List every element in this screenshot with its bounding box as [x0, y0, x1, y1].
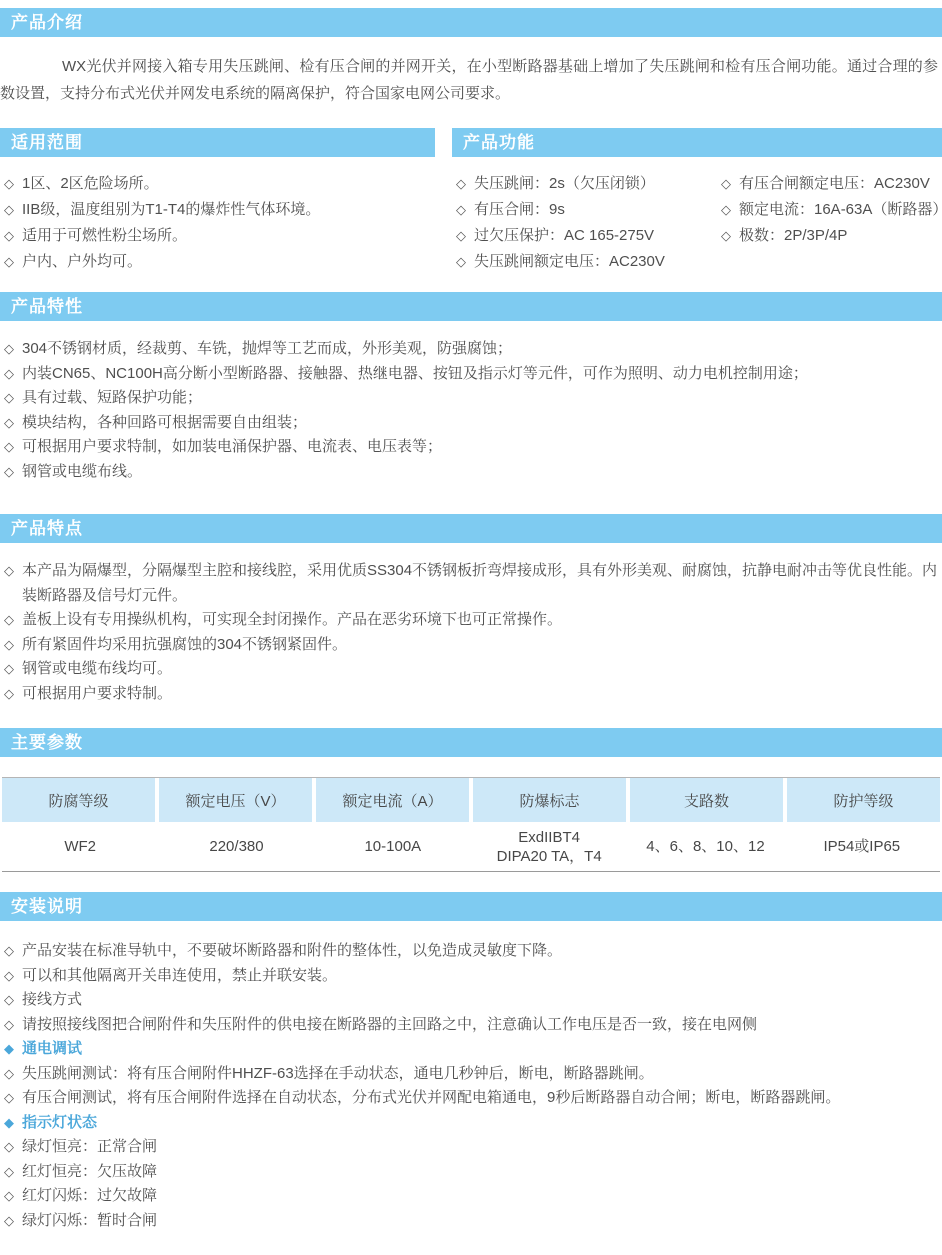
- functions-columns: ◇失压跳闸：2s（欠压闭锁）◇有压合闸：9s◇过欠压保护：AC 165-275V…: [452, 157, 942, 275]
- section-header-features: 产品特点: [0, 514, 942, 543]
- list-item-text: 盖板上设有专用操纵机构，可实现全封闭操作。产品在恶劣环境下也可正常操作。: [22, 611, 562, 628]
- list-item: ◇有压合闸额定电压：AC230V: [717, 171, 942, 197]
- diamond-bullet-icon: ◇: [456, 249, 466, 275]
- section-title: 产品介绍: [11, 13, 83, 32]
- list-item-text: IIB级，温度组别为T1-T4的爆炸性气体环境。: [22, 201, 320, 218]
- diamond-bullet-icon: ◇: [4, 657, 14, 682]
- list-item: ◇红灯恒亮：欠压故障: [0, 1160, 942, 1185]
- list-item: ◇失压跳闸：2s（欠压闭锁）: [452, 171, 717, 197]
- list-item-text: 红灯恒亮：欠压故障: [22, 1163, 157, 1180]
- diamond-bullet-icon: ◇: [4, 1209, 14, 1234]
- list-item: ◇有压合闸测试，将有压合闸附件选择在自动状态，分布式光伏并网配电箱通电，9秒后断…: [0, 1086, 942, 1111]
- list-item-text: 指示灯状态: [22, 1114, 97, 1131]
- scope-list: ◇1区、2区危险场所。◇IIB级，温度组别为T1-T4的爆炸性气体环境。◇适用于…: [0, 171, 435, 275]
- functions-list-1: ◇失压跳闸：2s（欠压闭锁）◇有压合闸：9s◇过欠压保护：AC 165-275V…: [452, 171, 717, 275]
- list-item: ◇有压合闸：9s: [452, 197, 717, 223]
- list-item: ◇适用于可燃性粉尘场所。: [0, 223, 435, 249]
- intro-paragraph: WX光伏并网接入箱专用失压跳闸、检有压合闸的并网开关，在小型断路器基础上增加了失…: [0, 53, 938, 107]
- list-item-text: 本产品为隔爆型，分隔爆型主腔和接线腔，采用优质SS304不锈钢板折弯焊接成形，具…: [22, 562, 937, 604]
- list-item-text: 绿灯闪烁：暂时合闸: [22, 1212, 157, 1229]
- list-item: ◇绿灯闪烁：暂时合闸: [0, 1209, 942, 1234]
- section-header-functions: 产品功能: [452, 128, 942, 157]
- list-item: ◇内装CN65、NC100H高分断小型断路器、接触器、热继电器、按钮及指示灯等元…: [0, 362, 942, 387]
- diamond-bullet-icon: ◇: [456, 171, 466, 197]
- list-item: ◇本产品为隔爆型，分隔爆型主腔和接线腔，采用优质SS304不锈钢板折弯焊接成形，…: [0, 559, 942, 608]
- list-item-text: 失压跳闸测试：将有压合闸附件HHZF-63选择在手动状态，通电几秒钟后，断电，断…: [22, 1065, 654, 1082]
- param-table-data-row: WF2220/38010-100AExdIIBT4 DIPA20 TA，T44、…: [2, 822, 940, 871]
- diamond-bullet-icon: ◇: [4, 1160, 14, 1185]
- param-table-header-cell: 防护等级: [787, 778, 940, 822]
- list-item: ◇模块结构，各种回路可根据需要自由组装；: [0, 411, 942, 436]
- section-header-scope: 适用范围: [0, 128, 435, 157]
- list-item-text: 绿灯恒亮：正常合闸: [22, 1138, 157, 1155]
- section-title: 产品特点: [11, 519, 83, 538]
- list-item-text: 可根据用户要求特制，如加装电涌保护器、电流表、电压表等；: [22, 438, 442, 455]
- list-item: ◇可根据用户要求特制，如加装电涌保护器、电流表、电压表等；: [0, 435, 942, 460]
- list-item-text: 所有紧固件均采用抗强腐蚀的304不锈钢紧固件。: [22, 636, 347, 653]
- functions-column: 产品功能 ◇失压跳闸：2s（欠压闭锁）◇有压合闸：9s◇过欠压保护：AC 165…: [452, 128, 942, 275]
- list-item: ◇钢管或电缆布线。: [0, 460, 942, 485]
- scope-column: 适用范围 ◇1区、2区危险场所。◇IIB级，温度组别为T1-T4的爆炸性气体环境…: [0, 128, 435, 275]
- parameters-table: 防腐等级额定电压（V）额定电流（A）防爆标志支路数防护等级WF2220/3801…: [2, 777, 940, 872]
- list-item-text: 模块结构，各种回路可根据需要自由组装；: [22, 414, 307, 431]
- list-item-text: 可以和其他隔离开关串连使用，禁止并联安装。: [22, 967, 337, 984]
- list-item-text: 失压跳闸：2s（欠压闭锁）: [474, 175, 655, 192]
- list-item: ◇所有紧固件均采用抗强腐蚀的304不锈钢紧固件。: [0, 633, 942, 658]
- list-item: ◇盖板上设有专用操纵机构，可实现全封闭操作。产品在恶劣环境下也可正常操作。: [0, 608, 942, 633]
- list-item: ◇可以和其他隔离开关串连使用，禁止并联安装。: [0, 964, 942, 989]
- section-title: 适用范围: [11, 133, 83, 152]
- list-item-text: 极数：2P/3P/4P: [739, 227, 847, 244]
- list-item-text: 有压合闸额定电压：AC230V: [739, 175, 930, 192]
- list-item: ◆通电调试: [0, 1037, 942, 1062]
- list-item-text: 产品安装在标准导轨中，不要破坏断路器和附件的整体性，以免造成灵敏度下降。: [22, 942, 562, 959]
- section-header-characteristics: 产品特性: [0, 292, 942, 321]
- param-table-header-cell: 防腐等级: [2, 778, 155, 822]
- diamond-bullet-icon: ◇: [4, 223, 14, 249]
- param-table-data-cell: 4、6、8、10、12: [627, 822, 783, 871]
- list-item-text: 钢管或电缆布线。: [22, 463, 142, 480]
- diamond-bullet-icon: ◇: [4, 1184, 14, 1209]
- list-item: ◇绿灯恒亮：正常合闸: [0, 1135, 942, 1160]
- param-table-header-row: 防腐等级额定电压（V）额定电流（A）防爆标志支路数防护等级: [2, 778, 940, 822]
- param-table-header-cell: 额定电流（A）: [316, 778, 469, 822]
- section-header-intro: 产品介绍: [0, 8, 942, 37]
- list-item: ◇产品安装在标准导轨中，不要破坏断路器和附件的整体性，以免造成灵敏度下降。: [0, 939, 942, 964]
- section-header-installation: 安装说明: [0, 892, 942, 921]
- list-item-text: 适用于可燃性粉尘场所。: [22, 227, 187, 244]
- section-title: 产品特性: [11, 297, 83, 316]
- diamond-bullet-icon: ◇: [721, 171, 731, 197]
- diamond-bullet-icon: ◇: [721, 197, 731, 223]
- list-item: ◇户内、户外均可。: [0, 249, 435, 275]
- diamond-bullet-icon: ◇: [4, 1135, 14, 1160]
- filled-diamond-bullet-icon: ◆: [4, 1037, 14, 1062]
- diamond-bullet-icon: ◇: [4, 337, 14, 362]
- diamond-bullet-icon: ◇: [4, 1013, 14, 1038]
- diamond-bullet-icon: ◇: [4, 964, 14, 989]
- list-item-text: 304不锈钢材质，经裁剪、车铣，抛焊等工艺而成，外形美观，防强腐蚀；: [22, 340, 512, 357]
- list-item: ◇失压跳闸额定电压：AC230V: [452, 249, 717, 275]
- list-item: ◇过欠压保护：AC 165-275V: [452, 223, 717, 249]
- list-item-text: 内装CN65、NC100H高分断小型断路器、接触器、热继电器、按钮及指示灯等元件…: [22, 365, 808, 382]
- list-item: ◇额定电流：16A-63A（断路器）: [717, 197, 942, 223]
- list-item-text: 有压合闸测试，将有压合闸附件选择在自动状态，分布式光伏并网配电箱通电，9秒后断路…: [22, 1089, 840, 1106]
- functions-list-2: ◇有压合闸额定电压：AC230V◇额定电流：16A-63A（断路器）◇极数：2P…: [717, 171, 942, 275]
- list-item-text: 失压跳闸额定电压：AC230V: [474, 253, 665, 270]
- list-item: ◇请按照接线图把合闸附件和失压附件的供电接在断路器的主回路之中，注意确认工作电压…: [0, 1013, 942, 1038]
- diamond-bullet-icon: ◇: [4, 559, 14, 584]
- list-item-text: 具有过载、短路保护功能；: [22, 389, 202, 406]
- list-item-text: 过欠压保护：AC 165-275V: [474, 227, 654, 244]
- param-table-data-cell: WF2: [2, 822, 158, 871]
- list-item: ◇红灯闪烁：过欠故障: [0, 1184, 942, 1209]
- list-item-text: 可根据用户要求特制。: [22, 685, 172, 702]
- features-list: ◇本产品为隔爆型，分隔爆型主腔和接线腔，采用优质SS304不锈钢板折弯焊接成形，…: [0, 559, 942, 706]
- list-item-text: 户内、户外均可。: [22, 253, 142, 270]
- filled-diamond-bullet-icon: ◆: [4, 1111, 14, 1136]
- diamond-bullet-icon: ◇: [456, 223, 466, 249]
- list-item: ◇极数：2P/3P/4P: [717, 223, 942, 249]
- list-item: ◇1区、2区危险场所。: [0, 171, 435, 197]
- diamond-bullet-icon: ◇: [4, 988, 14, 1013]
- diamond-bullet-icon: ◇: [4, 249, 14, 275]
- diamond-bullet-icon: ◇: [4, 386, 14, 411]
- param-table-header-cell: 支路数: [630, 778, 783, 822]
- section-title: 安装说明: [11, 897, 83, 916]
- section-header-parameters: 主要参数: [0, 728, 942, 757]
- list-item: ◇IIB级，温度组别为T1-T4的爆炸性气体环境。: [0, 197, 435, 223]
- column-gap: [435, 128, 452, 275]
- diamond-bullet-icon: ◇: [4, 411, 14, 436]
- product-detail-page: 产品介绍 WX光伏并网接入箱专用失压跳闸、检有压合闸的并网开关，在小型断路器基础…: [0, 0, 942, 1255]
- diamond-bullet-icon: ◇: [456, 197, 466, 223]
- list-item-text: 钢管或电缆布线均可。: [22, 660, 172, 677]
- diamond-bullet-icon: ◇: [4, 197, 14, 223]
- diamond-bullet-icon: ◇: [4, 682, 14, 707]
- diamond-bullet-icon: ◇: [721, 223, 731, 249]
- list-item-text: 接线方式: [22, 991, 82, 1008]
- list-item-text: 额定电流：16A-63A（断路器）: [739, 201, 942, 218]
- scope-functions-row: 适用范围 ◇1区、2区危险场所。◇IIB级，温度组别为T1-T4的爆炸性气体环境…: [0, 128, 942, 275]
- characteristics-list: ◇304不锈钢材质，经裁剪、车铣，抛焊等工艺而成，外形美观，防强腐蚀；◇内装CN…: [0, 337, 942, 484]
- list-item: ◇钢管或电缆布线均可。: [0, 657, 942, 682]
- list-item-text: 有压合闸：9s: [474, 201, 565, 218]
- diamond-bullet-icon: ◇: [4, 608, 14, 633]
- list-item: ◇失压跳闸测试：将有压合闸附件HHZF-63选择在手动状态，通电几秒钟后，断电，…: [0, 1062, 942, 1087]
- param-table-header-cell: 防爆标志: [473, 778, 626, 822]
- param-table-data-cell: 220/380: [158, 822, 314, 871]
- list-item-text: 1区、2区危险场所。: [22, 175, 159, 192]
- list-item-text: 请按照接线图把合闸附件和失压附件的供电接在断路器的主回路之中，注意确认工作电压是…: [22, 1016, 757, 1033]
- list-item: ◇具有过载、短路保护功能；: [0, 386, 942, 411]
- diamond-bullet-icon: ◇: [4, 633, 14, 658]
- diamond-bullet-icon: ◇: [4, 171, 14, 197]
- param-table-header-cell: 额定电压（V）: [159, 778, 312, 822]
- diamond-bullet-icon: ◇: [4, 1062, 14, 1087]
- installation-list: ◇产品安装在标准导轨中，不要破坏断路器和附件的整体性，以免造成灵敏度下降。◇可以…: [0, 939, 942, 1233]
- diamond-bullet-icon: ◇: [4, 460, 14, 485]
- section-title: 主要参数: [11, 733, 83, 752]
- list-item: ◇304不锈钢材质，经裁剪、车铣，抛焊等工艺而成，外形美观，防强腐蚀；: [0, 337, 942, 362]
- section-title: 产品功能: [463, 133, 535, 152]
- diamond-bullet-icon: ◇: [4, 1086, 14, 1111]
- list-item: ◆指示灯状态: [0, 1111, 942, 1136]
- diamond-bullet-icon: ◇: [4, 939, 14, 964]
- param-table-data-cell: IP54或IP65: [784, 822, 940, 871]
- diamond-bullet-icon: ◇: [4, 362, 14, 387]
- list-item: ◇接线方式: [0, 988, 942, 1013]
- param-table-data-cell: ExdIIBT4 DIPA20 TA，T4: [471, 822, 627, 871]
- list-item-text: 红灯闪烁：过欠故障: [22, 1187, 157, 1204]
- list-item-text: 通电调试: [22, 1040, 82, 1057]
- list-item: ◇可根据用户要求特制。: [0, 682, 942, 707]
- diamond-bullet-icon: ◇: [4, 435, 14, 460]
- param-table-data-cell: 10-100A: [315, 822, 471, 871]
